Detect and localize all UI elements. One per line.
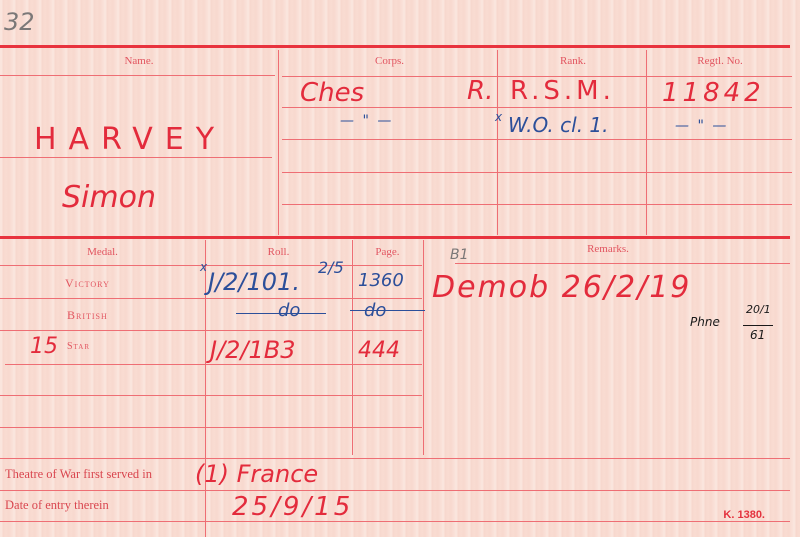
header-page: Page. <box>352 246 423 258</box>
theatre-rule-mid <box>0 490 790 491</box>
upper-rule-5 <box>282 204 792 205</box>
medal-rule-2 <box>0 298 422 299</box>
theatre-label: Theatre of War first served in <box>5 467 152 482</box>
divider-page-remarks <box>423 240 424 455</box>
remarks-pencil-note: B1 <box>450 247 469 263</box>
remarks-demob: Demob 26/2/19 <box>432 270 691 305</box>
british-roll: do <box>278 300 300 321</box>
header-medal: Medal. <box>0 246 205 258</box>
rank-mark: x <box>495 110 502 124</box>
theatre-value: (1) France <box>195 460 318 488</box>
divider-medal-roll <box>205 240 206 537</box>
header-roll: Roll. <box>205 246 352 258</box>
name-rule-1 <box>0 75 275 76</box>
british-roll-dash <box>236 313 326 314</box>
entry-date-value: 25/9/15 <box>232 492 353 522</box>
header-regtl-no: Regtl. No. <box>650 55 790 67</box>
entry-date-label: Date of entry therein <box>5 498 109 513</box>
star-roll: J/2/1B3 <box>210 336 296 364</box>
form-number: K. 1380. <box>723 509 765 521</box>
rank-value: R.S.M. <box>510 76 615 106</box>
pencil-note-top: 32 <box>4 8 35 36</box>
british-page-dash <box>350 310 425 311</box>
divider-name-corps <box>278 50 279 235</box>
upper-rule-4 <box>282 172 792 173</box>
theatre-rule-top <box>0 458 790 459</box>
divider-rank-regtl <box>646 50 647 235</box>
surname: HARVEY <box>34 122 226 157</box>
remarks-phone-label: Phne <box>690 315 720 329</box>
star-prefix: 15 <box>30 334 58 359</box>
upper-rule-3 <box>282 139 792 140</box>
header-rank: Rank. <box>500 55 646 67</box>
corps-ditto: — " — <box>340 113 393 129</box>
medal-label-star: Star <box>67 341 90 352</box>
medal-label-british: British <box>67 308 108 323</box>
top-rule <box>0 45 790 48</box>
forename: Simon <box>62 180 156 215</box>
remarks-fraction-bar <box>743 325 773 326</box>
corps-prefix: R. <box>467 76 493 106</box>
medal-index-card: 32 Name. Corps. Rank. Regtl. No. HARVEY … <box>0 0 800 537</box>
middle-rule <box>0 236 790 239</box>
medal-rule-1 <box>0 265 422 266</box>
regtl-no-ditto: — " — <box>675 118 728 134</box>
medal-rule-3 <box>0 330 422 331</box>
victory-mark: x <box>200 260 207 274</box>
medal-rule-4 <box>5 364 422 365</box>
divider-corps-rank <box>497 50 498 235</box>
medal-label-victory: Victory <box>65 276 110 291</box>
victory-page: 1360 <box>358 270 404 291</box>
theatre-rule-bottom <box>0 521 790 522</box>
rank-second-value: W.O. cl. 1. <box>508 113 609 137</box>
divider-roll-page <box>352 240 353 455</box>
medal-rule-6 <box>0 427 422 428</box>
corps-value: Ches <box>300 78 364 108</box>
remarks-fraction-bottom: 61 <box>750 328 765 342</box>
name-rule-2 <box>0 157 272 158</box>
header-remarks: Remarks. <box>423 243 793 255</box>
header-corps: Corps. <box>282 55 497 67</box>
medal-rule-5 <box>0 395 422 396</box>
remarks-fraction-top: 20/1 <box>746 303 771 316</box>
header-name: Name. <box>0 55 278 67</box>
remarks-rule-1 <box>455 263 790 264</box>
victory-roll: J/2/101. <box>208 268 300 296</box>
victory-roll-extra: 2/5 <box>318 258 344 277</box>
regtl-no-value: 11842 <box>662 78 765 108</box>
star-page: 444 <box>358 338 400 363</box>
